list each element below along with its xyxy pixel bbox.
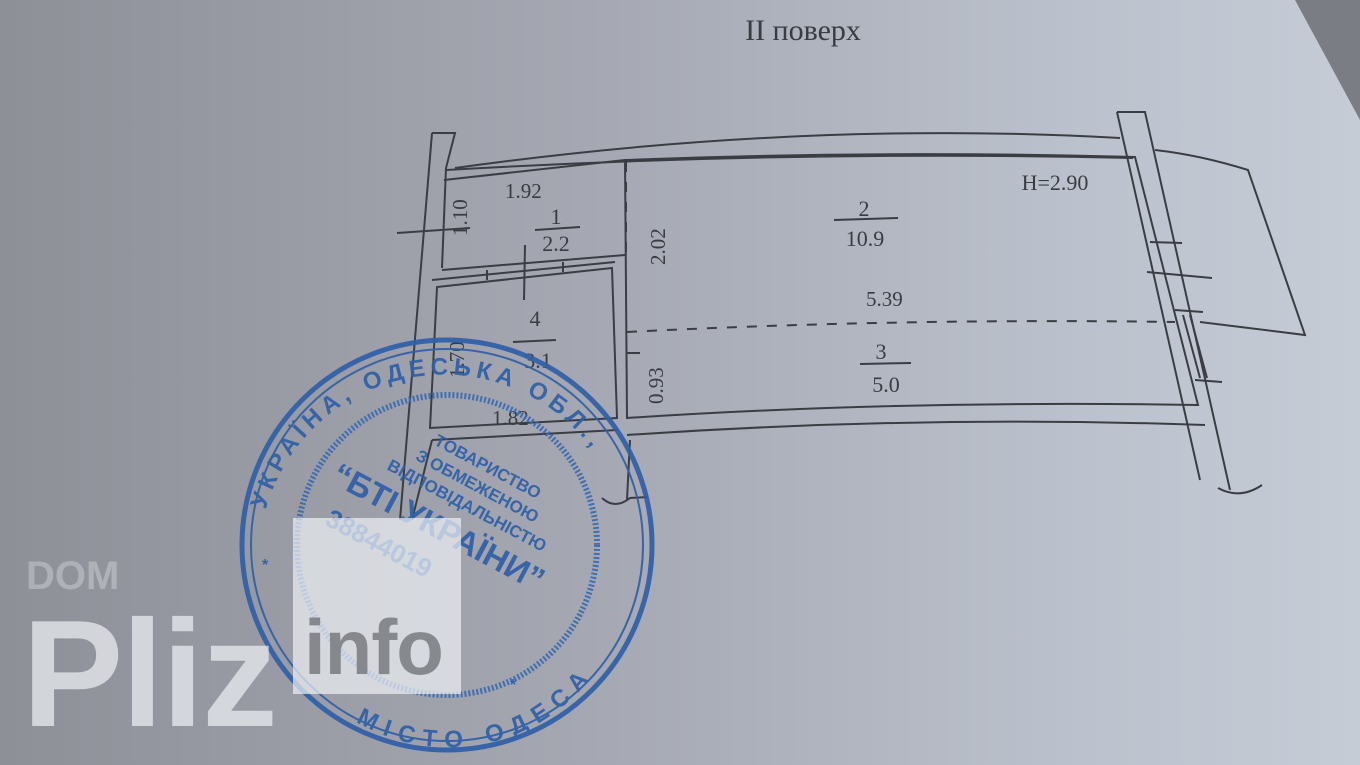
- dim-room1-width: 1.92: [505, 179, 542, 203]
- stamp-star-left: *: [262, 557, 269, 574]
- ceiling-height: H=2.90: [1022, 170, 1089, 195]
- room-3-number: 3: [876, 339, 887, 364]
- room-1-area: 2.2: [542, 231, 570, 256]
- dim-room3-height: 0.93: [644, 367, 668, 404]
- watermark-suffix: info: [304, 608, 443, 686]
- floor-title: II поверх: [745, 14, 861, 47]
- room-2-area: 10.9: [846, 226, 885, 251]
- watermark-brand: Pliz: [22, 598, 276, 750]
- dim-room3-width: 5.39: [866, 287, 903, 311]
- room-1-number: 1: [551, 204, 562, 229]
- room-2-number: 2: [859, 196, 870, 221]
- stamp-star-right: *: [510, 677, 517, 694]
- room-3-area: 5.0: [872, 372, 900, 397]
- dim-room2-height: 2.02: [646, 228, 670, 265]
- document-photo: II поверх: [0, 0, 1360, 765]
- dim-room1-height: 1.10: [448, 199, 472, 236]
- room-4-number: 4: [530, 306, 541, 331]
